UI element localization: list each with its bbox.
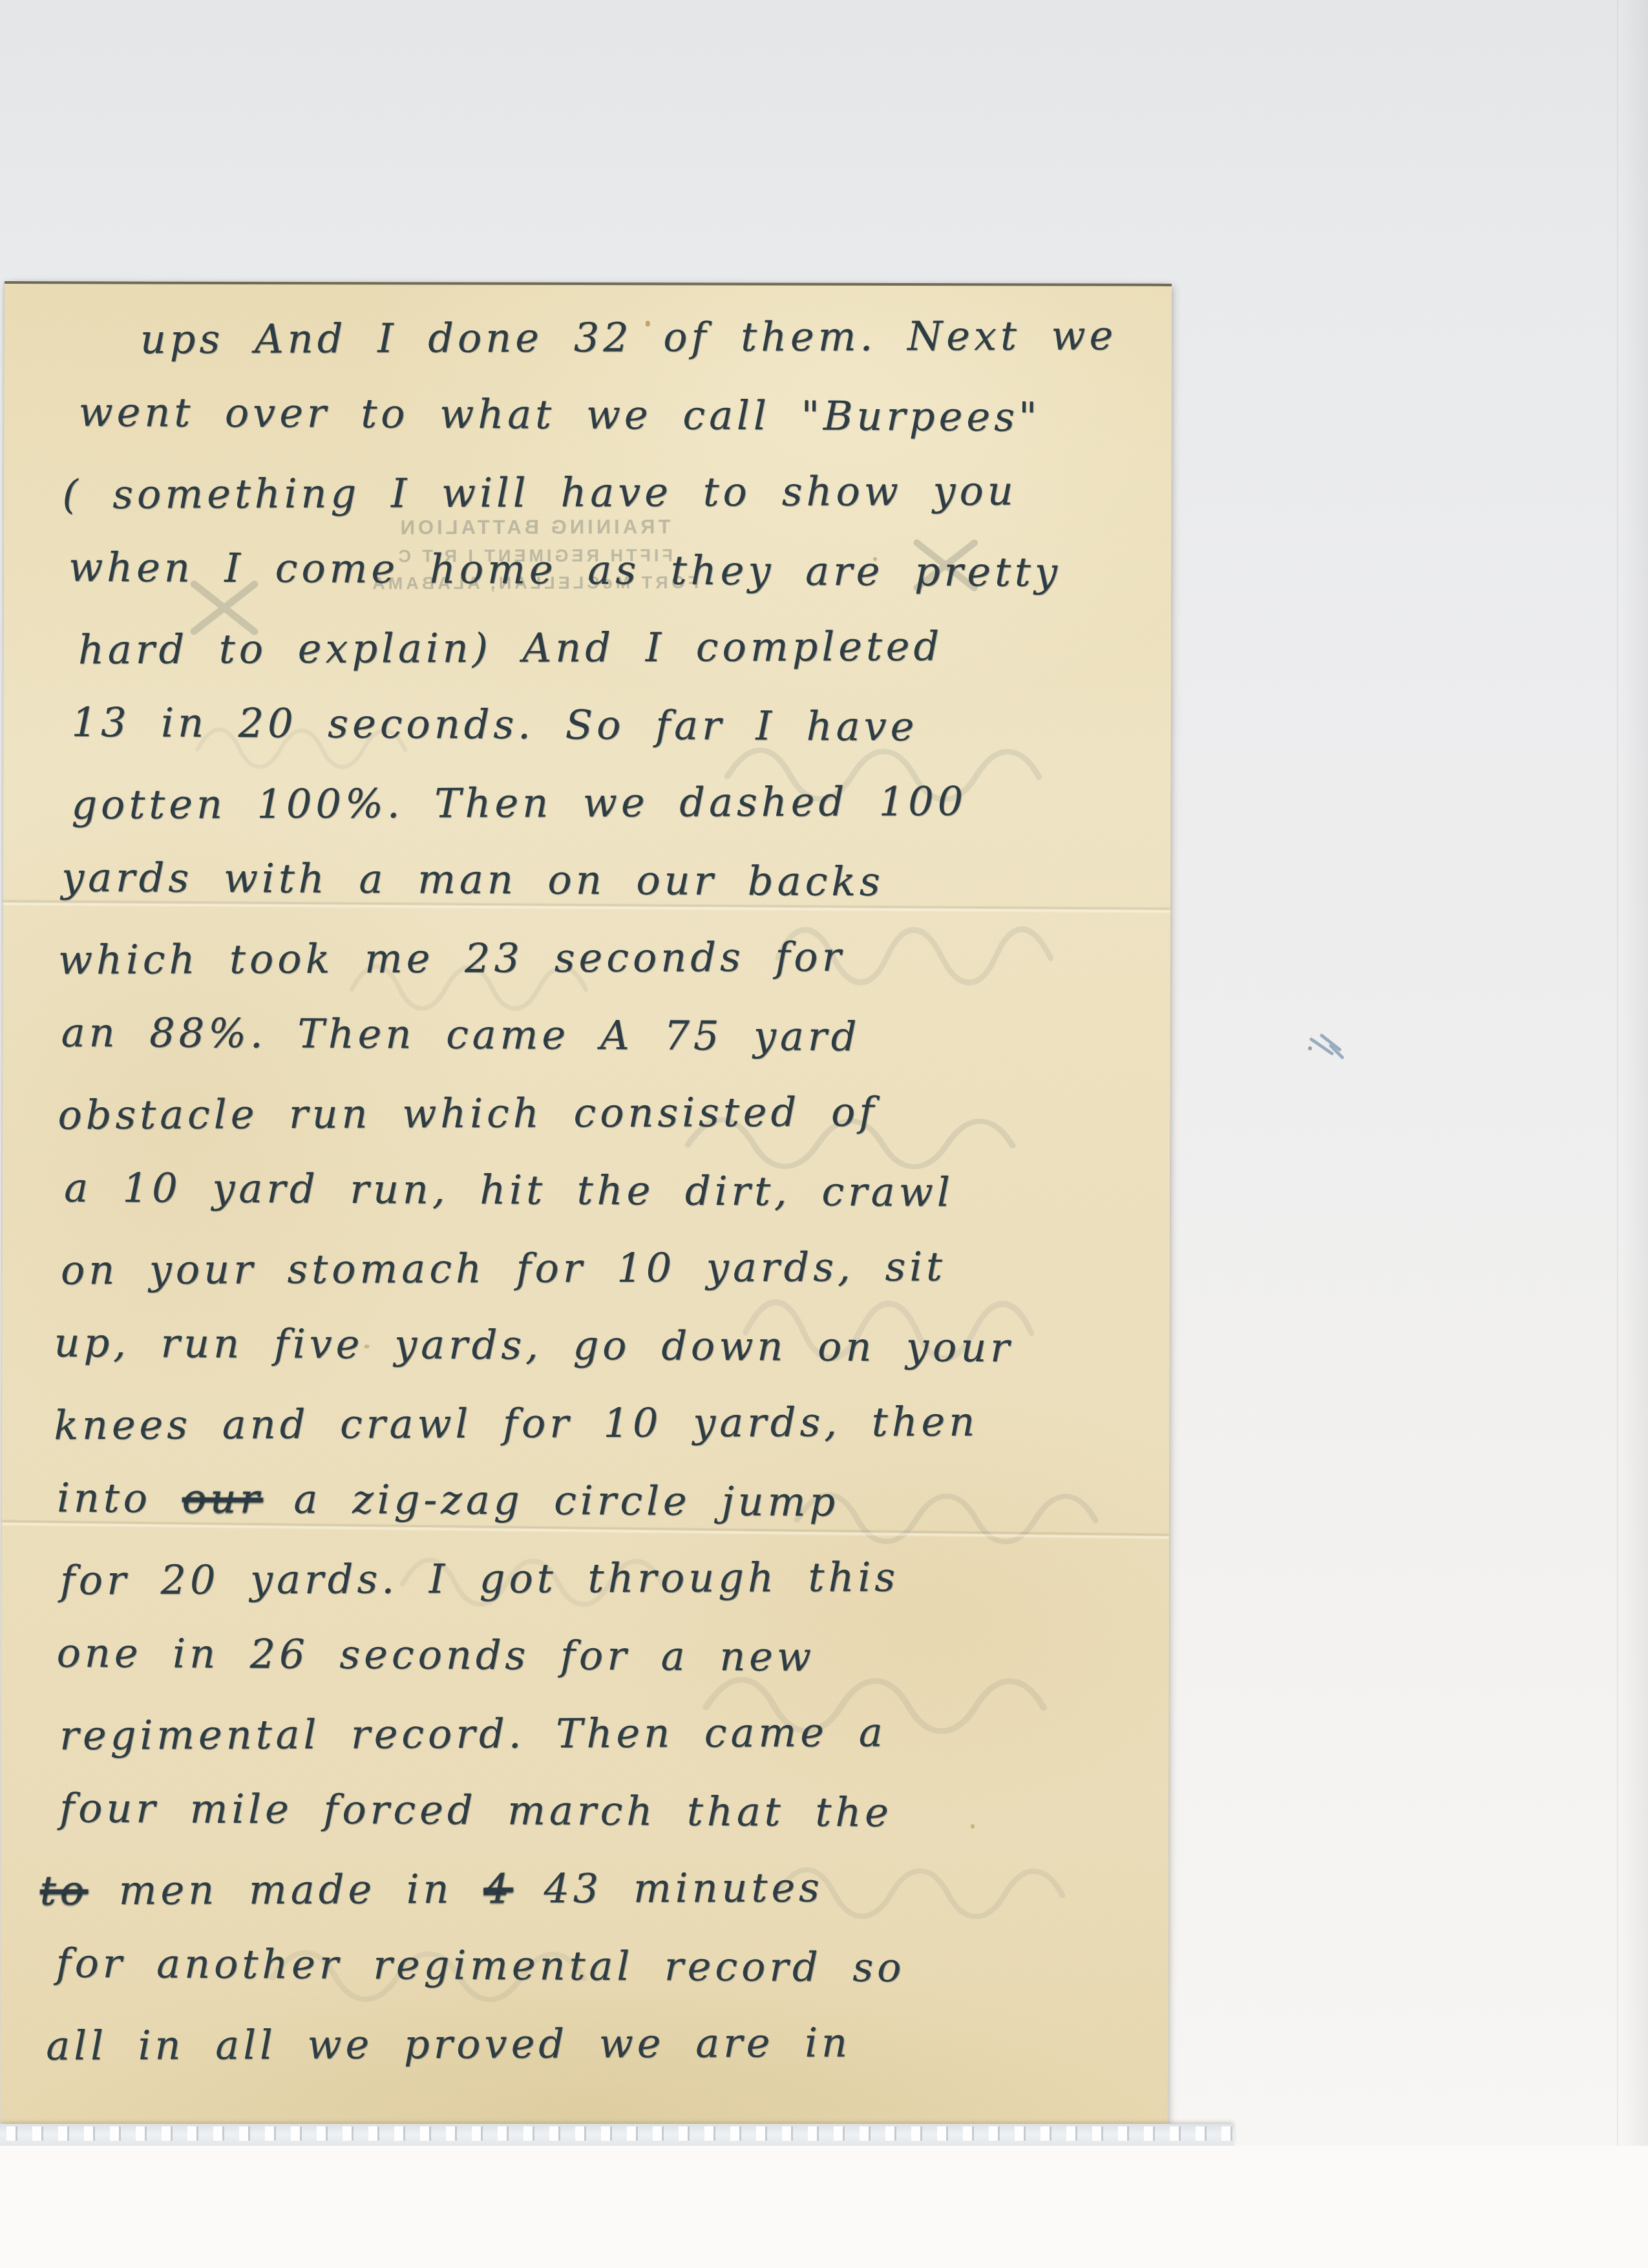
letter-line: up, run five yards, go down on your [54, 1305, 1153, 1388]
letter-text: ( something I will have to show you [62, 467, 1017, 518]
letter-line: yards with a man on our backs [61, 840, 1154, 923]
letter-line: for 20 yards. I got through this [60, 1538, 1152, 1620]
letter-text: ups And I done 32 of them. Next we [140, 312, 1117, 363]
letter-body: ups And I done 32 of them. Next wewent o… [39, 298, 1155, 2084]
scanner-background: TRAINING BATTALIONFIFTH REGIMENT I R T C… [0, 0, 1648, 2268]
letter-line: to men made in 4 43 minutes [40, 1849, 1152, 1931]
letter-text: yards with a man on our backs [61, 854, 884, 906]
letter-text: 13 in 20 seconds. So far I have [71, 699, 918, 750]
letter-text: a zig-zag circle jump [262, 1475, 839, 1525]
letter-text: into [57, 1474, 182, 1522]
letter-text: one in 26 seconds for a new [56, 1629, 815, 1680]
letter-text: an 88%. Then came A 75 yard [61, 1009, 860, 1060]
letter-line: for another regimental record so [56, 1925, 1152, 2009]
sleeve-perforations [0, 2126, 1234, 2141]
letter-text: on your stomach for 10 yards, sit [61, 1243, 946, 1293]
struck-word: our [182, 1475, 263, 1523]
letter-line: went over to what we call "Burpees" [78, 374, 1155, 458]
letter-paper: TRAINING BATTALIONFIFTH REGIMENT I R T C… [1, 281, 1172, 2130]
letter-line: knees and crawl for 10 yards, then [54, 1383, 1152, 1465]
letter-text: a 10 yard run, hit the dirt, crawl [64, 1164, 954, 1216]
sleeve-backing [0, 2146, 1648, 2268]
letter-text: regimental record. Then came a [59, 1708, 887, 1759]
struck-word: 4 [483, 1865, 513, 1913]
letter-text: 43 minutes [512, 1864, 823, 1913]
blue-ink-mark [1302, 1020, 1354, 1072]
letter-line: ( something I will have to show you [62, 452, 1154, 535]
letter-text: for another regimental record so [56, 1940, 905, 1991]
letter-text: knees and crawl for 10 yards, then [54, 1398, 978, 1449]
letter-text: hard to explain) And I completed [78, 622, 944, 673]
sleeve-edge-line [1617, 0, 1618, 2268]
letter-line: an 88%. Then came A 75 yard [61, 995, 1154, 1078]
letter-line: ups And I done 32 of them. Next we [140, 297, 1155, 379]
struck-word: to [40, 1867, 89, 1914]
letter-line: which took me 23 seconds for [58, 918, 1154, 1000]
letter-text: all in all we proved we are in [46, 2019, 851, 2069]
letter-text: went over to what we call "Burpees" [78, 388, 1041, 441]
letter-text: when I come home as they are pretty [69, 544, 1061, 596]
letter-line: a 10 yard run, hit the dirt, crawl [64, 1150, 1154, 1233]
letter-text: men made in [88, 1865, 483, 1914]
letter-line: hard to explain) And I completed [78, 608, 1154, 690]
letter-line: on your stomach for 10 yards, sit [61, 1228, 1153, 1310]
letter-line: four mile forced march that the [59, 1770, 1152, 1854]
letter-line: all in all we proved we are in [46, 2004, 1151, 2086]
letter-line: when I come home as they are pretty [69, 529, 1155, 613]
letter-line: obstacle run which consisted of [58, 1073, 1153, 1155]
letter-text: up, run five yards, go down on your [54, 1319, 1013, 1372]
letter-line: gotten 100%. Then we dashed 100 [71, 763, 1154, 845]
sleeve-perforation-strip [0, 2124, 1234, 2146]
scan-edge-shadow [1622, 0, 1648, 2268]
letter-line: one in 26 seconds for a new [56, 1615, 1152, 1699]
letter-text: which took me 23 seconds for [58, 933, 845, 984]
letter-line: regimental record. Then came a [59, 1693, 1152, 1775]
letter-text: for 20 yards. I got through this [60, 1553, 899, 1604]
letter-text: four mile forced march that the [59, 1785, 893, 1836]
letter-text: obstacle run which consisted of [58, 1088, 878, 1138]
letter-line: 13 in 20 seconds. So far I have [71, 684, 1154, 768]
letter-line: into our a zig-zag circle jump [57, 1460, 1153, 1543]
letter-text: gotten 100%. Then we dashed 100 [71, 778, 967, 829]
